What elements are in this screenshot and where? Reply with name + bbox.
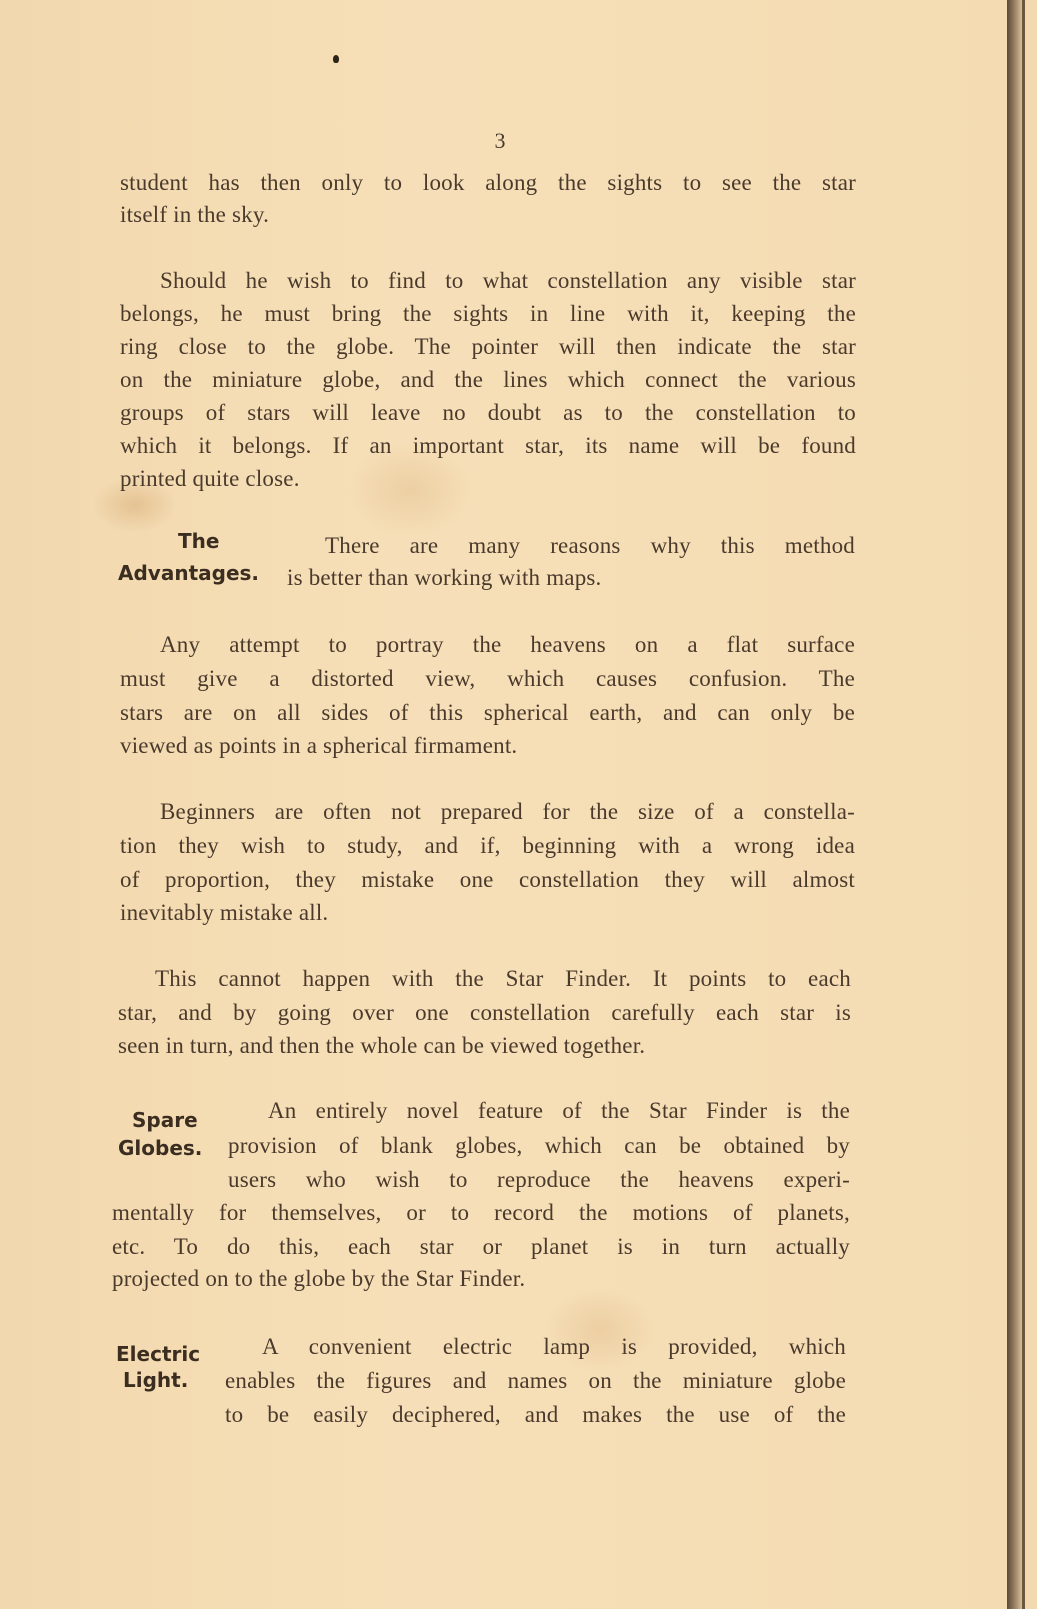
text-line: Beginners are often not prepared for the…	[160, 799, 855, 825]
text-line: users who wish to reproduce the heavens …	[228, 1167, 850, 1193]
text-line: There are many reasons why this method	[325, 533, 855, 559]
text-line: A convenient electric lamp is provided, …	[262, 1334, 846, 1360]
text-line: Any attempt to portray the heavens on a …	[160, 632, 855, 658]
text-line: provision of blank globes, which can be …	[228, 1133, 850, 1159]
text-line: ring close to the globe. The pointer wil…	[120, 334, 856, 360]
text-line: projected on to the globe by the Star Fi…	[112, 1266, 525, 1292]
side-heading: Advantages.	[118, 561, 259, 585]
text-line: student has then only to look along the …	[120, 170, 856, 196]
page-edge	[1007, 0, 1022, 1609]
page-number: 3	[0, 128, 1000, 154]
text-line: tion they wish to study, and if, beginni…	[120, 833, 855, 859]
side-heading: Light.	[123, 1368, 188, 1392]
text-line: viewed as points in a spherical firmamen…	[120, 733, 517, 759]
text-line: mentally for themselves, or to record th…	[112, 1200, 850, 1226]
text-line: stars are on all sides of this spherical…	[120, 700, 855, 726]
text-line: on the miniature globe, and the lines wh…	[120, 367, 856, 393]
text-line: seen in turn, and then the whole can be …	[118, 1033, 645, 1059]
document-page: 3 student has then only to look along th…	[0, 0, 1025, 1609]
side-heading: The	[178, 529, 219, 553]
text-line: is better than working with maps.	[287, 565, 602, 591]
side-heading: Globes.	[118, 1136, 202, 1160]
text-line: to be easily deciphered, and makes the u…	[225, 1402, 846, 1428]
text-line: printed quite close.	[120, 466, 300, 492]
text-line: of proportion, they mistake one constell…	[120, 867, 855, 893]
text-line: belongs, he must bring the sights in lin…	[120, 301, 856, 327]
text-line: which it belongs. If an important star, …	[120, 433, 856, 459]
text-line: star, and by going over one constellatio…	[118, 1000, 851, 1026]
text-line: itself in the sky.	[120, 202, 269, 228]
ink-mark	[333, 55, 339, 63]
text-line: Should he wish to find to what constella…	[160, 268, 856, 294]
side-heading: Electric	[116, 1342, 200, 1366]
text-line: inevitably mistake all.	[120, 900, 328, 926]
text-line: An entirely novel feature of the Star Fi…	[268, 1098, 850, 1124]
text-line: etc. To do this, each star or planet is …	[112, 1234, 850, 1260]
text-line: groups of stars will leave no doubt as t…	[120, 400, 856, 426]
side-heading: Spare	[132, 1108, 198, 1132]
text-line: enables the figures and names on the min…	[225, 1368, 846, 1394]
text-line: must give a distorted view, which causes…	[120, 666, 855, 692]
text-line: This cannot happen with the Star Finder.…	[155, 966, 851, 992]
